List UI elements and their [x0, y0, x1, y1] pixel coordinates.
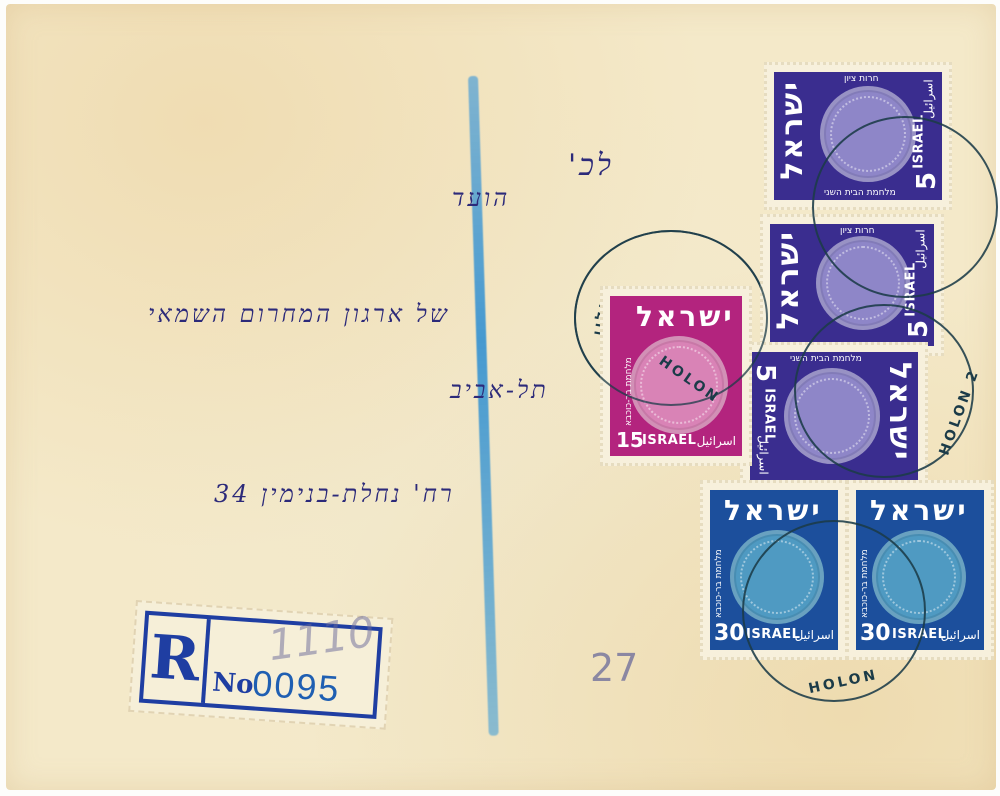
- address-line-4: תל-אביב: [450, 376, 549, 405]
- address-line-2: הועד: [452, 184, 510, 213]
- postmark-right: [812, 116, 998, 298]
- registration-no-label: No: [211, 668, 254, 701]
- stamp-country-latin: ISRAEL: [642, 433, 696, 448]
- stamp-top-inscription: חרות ציון: [844, 74, 878, 84]
- stamp-denomination: 30: [714, 621, 745, 646]
- address-line-5: רח' נחלת-בנימין 34: [214, 480, 455, 509]
- stamp-country-hebrew: ישראל: [870, 494, 969, 527]
- registration-number: 0095: [251, 662, 342, 710]
- stamp-country-hebrew: ישראל: [778, 80, 808, 180]
- registration-letter: R: [143, 615, 211, 703]
- pencil-note-number: 27: [590, 646, 638, 690]
- stamp-denomination: 15: [616, 428, 644, 452]
- stamp-country-arabic: اسرائيل: [921, 79, 935, 118]
- postmark-left-overlay: [574, 230, 768, 406]
- address-line-3: של ארגון המחרום השמאי: [148, 300, 450, 329]
- stamp-denomination: 5: [750, 364, 780, 382]
- stamp-country-arabic: اسرائيل: [697, 434, 736, 448]
- envelope: לכ' הועד של ארגון המחרום השמאי תל-אביב ר…: [6, 4, 996, 790]
- stamp-country-arabic: اسرائيل: [941, 628, 980, 642]
- stamp-country-hebrew: ישראל: [774, 230, 804, 330]
- stamp-country-arabic: اسرائيل: [757, 435, 771, 474]
- stamp-country-hebrew: ישראל: [724, 494, 823, 527]
- stamp-side-inscription: מלחמת בר-כוכבא: [714, 549, 724, 618]
- blue-crayon-line: [468, 76, 499, 736]
- address-line-1: לכ': [568, 148, 614, 183]
